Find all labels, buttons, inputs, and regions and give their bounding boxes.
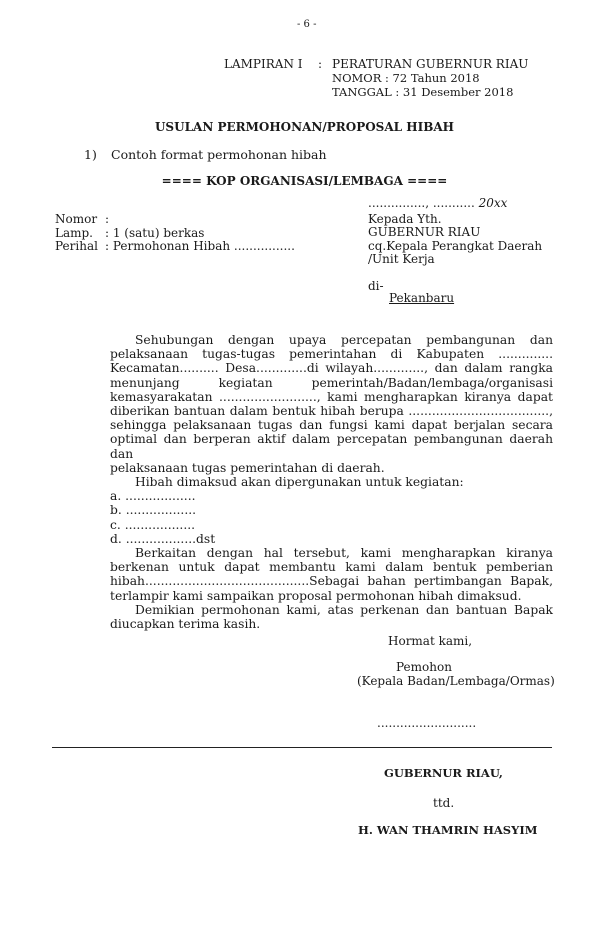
signature-placeholder: .......................... <box>377 716 476 730</box>
signatory-name: H. WAN THAMRIN HASYIM <box>358 823 537 837</box>
body-line: diucapkan terima kasih. <box>110 617 553 631</box>
list-item: a. .................. <box>110 489 553 503</box>
item-text: Contoh format permohonan hibah <box>111 147 327 162</box>
meta-row-perihal: Perihal : Permohonan Hibah .............… <box>55 240 295 254</box>
addressee-line: cq.Kepala Perangkat Daerah <box>368 240 542 254</box>
regulation-title: PERATURAN GUBERNUR RIAU <box>332 57 528 71</box>
addressee-di: di- <box>368 279 384 293</box>
document-title: USULAN PERMOHONAN/PROPOSAL HIBAH <box>0 120 609 134</box>
body-line: hibah...................................… <box>110 574 553 588</box>
paragraph-3: Berkaitan dengan hal tersebut, kami meng… <box>110 546 553 603</box>
addressee-city: Pekanbaru <box>389 291 454 305</box>
date-placeholder: ..............., ........... <box>368 196 479 210</box>
body-line: optimal dan berperan aktif dalam percepa… <box>110 432 553 460</box>
signatory-ttd: ttd. <box>433 796 454 810</box>
list-item: d. ..................dst <box>110 532 553 546</box>
regulation-number: NOMOR : 72 Tahun 2018 <box>332 71 528 85</box>
paragraph-2: Hibah dimaksud akan dipergunakan untuk k… <box>110 475 553 489</box>
letterhead-placeholder: ==== KOP ORGANISASI/LEMBAGA ==== <box>0 174 609 188</box>
body-line: Demikian permohonan kami, atas perkenan … <box>110 603 553 617</box>
body-line: menunjang kegiatan pemerintah/Badan/lemb… <box>110 376 553 390</box>
letter-date: ..............., ........... 20xx <box>368 197 542 211</box>
addressee-block: ..............., ........... 20xx Kepada… <box>368 197 542 267</box>
lampiran-reference: PERATURAN GUBERNUR RIAU NOMOR : 72 Tahun… <box>332 57 528 99</box>
meta-row-lamp: Lamp. : 1 (satu) berkas <box>55 227 295 241</box>
meta-value: : 1 (satu) berkas <box>105 227 204 241</box>
body-line: pelaksanaan tugas-tugas pemerintahan di … <box>110 347 553 361</box>
meta-value: : <box>105 213 109 227</box>
meta-label: Perihal <box>55 240 105 254</box>
meta-label: Nomor <box>55 213 105 227</box>
closing-salutation: Hormat kami, <box>388 634 472 648</box>
activity-list: a. .................. b. ...............… <box>110 489 553 546</box>
body-line: berkenan untuk dapat membantu kami dalam… <box>110 560 553 574</box>
addressee-line: /Unit Kerja <box>368 253 542 267</box>
letter-meta: Nomor : Lamp. : 1 (satu) berkas Perihal … <box>55 213 295 254</box>
lampiran-colon: : <box>318 57 322 71</box>
lampiran-label: LAMPIRAN I <box>224 57 303 71</box>
paragraph-1: Sehubungan dengan upaya percepatan pemba… <box>110 333 553 475</box>
body-line: Berkaitan dengan hal tersebut, kami meng… <box>110 546 553 560</box>
signatory-office: GUBERNUR RIAU, <box>384 766 503 780</box>
date-year: 20xx <box>479 196 508 210</box>
body-line: Sehubungan dengan upaya percepatan pemba… <box>110 333 553 347</box>
body-line: sehingga pelaksanaan tugas dan fungsi ka… <box>110 418 553 432</box>
body-line: Hibah dimaksud akan dipergunakan untuk k… <box>110 475 553 489</box>
letter-body: Sehubungan dengan upaya percepatan pemba… <box>110 333 553 631</box>
applicant-role: (Kepala Badan/Lembaga/Ormas) <box>357 674 555 688</box>
page-number: - 6 - <box>297 19 316 30</box>
list-item: c. .................. <box>110 518 553 532</box>
meta-value: : Permohonan Hibah ................ <box>105 240 295 254</box>
addressee-line: Kepada Yth. <box>368 213 542 227</box>
list-item: b. .................. <box>110 503 553 517</box>
meta-row-nomor: Nomor : <box>55 213 295 227</box>
section-divider <box>52 747 552 748</box>
body-line: terlampir kami sampaikan proposal permoh… <box>110 589 553 603</box>
item-number: 1) <box>84 147 97 162</box>
body-line: diberikan bantuan dalam bentuk hibah ber… <box>110 404 553 418</box>
regulation-date: TANGGAL : 31 Desember 2018 <box>332 85 528 99</box>
addressee-line: GUBERNUR RIAU <box>368 226 542 240</box>
meta-label: Lamp. <box>55 227 105 241</box>
paragraph-4: Demikian permohonan kami, atas perkenan … <box>110 603 553 631</box>
body-line: Kecamatan.......... Desa.............di … <box>110 361 553 375</box>
applicant-label: Pemohon <box>396 660 452 674</box>
body-line: pelaksanaan tugas pemerintahan di daerah… <box>110 461 553 475</box>
body-line: kemasyarakatan .........................… <box>110 390 553 404</box>
